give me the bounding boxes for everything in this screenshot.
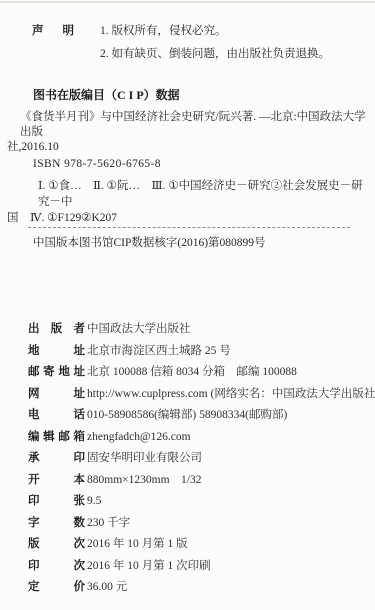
colophon-label: 网址 <box>28 387 85 401</box>
cip-classification: Ⅰ. ①食… Ⅱ. ①阮… Ⅲ. ①中国经济史－研究②社会发展史－研究－中 国 … <box>7 178 367 226</box>
colophon-value: http://www.cuplpress.com (网络实名：中国政法大学出版社… <box>87 387 375 401</box>
cip-class-line1: Ⅰ. ①食… Ⅱ. ①阮… Ⅲ. ①中国经济史－研究②社会发展史－研究－中 <box>7 178 367 210</box>
declaration-item: 1. 版权所有，侵权必究。 <box>100 24 330 38</box>
colophon-value: zhengfadch@126.com <box>87 430 191 444</box>
colophon-value: 230 千字 <box>87 516 130 530</box>
colophon-value: 固安华明印业有限公司 <box>87 451 202 465</box>
colophon-row-phone: 电话 010-58908586(编辑部) 58908334(邮购部) <box>28 408 363 422</box>
declaration-label: 声明 <box>32 24 74 70</box>
cip-heading: 图书在版编目（C I P）数据 <box>7 88 367 102</box>
dashed-separator <box>28 227 350 228</box>
colophon-label: 编辑邮箱 <box>28 430 85 444</box>
colophon-row-printing: 印次 2016 年 10 月第 1 次印刷 <box>28 559 363 573</box>
cip-entry-line2: 社,2016.10 <box>7 140 367 155</box>
cip-entry-line1: 《食货半月刊》与中国经济社会史研究/阮兴著. —北京:中国政法大学出版 <box>7 110 367 140</box>
colophon-label: 开本 <box>28 473 85 487</box>
cip-class-line2: 国 Ⅳ. ①F129②K207 <box>7 210 367 226</box>
colophon-value: 880mm×1230mm 1/32 <box>87 473 201 487</box>
colophon-label: 字数 <box>28 516 85 530</box>
colophon-row-mailing-address: 邮寄地址 北京 100088 信箱 8034 分箱 邮编 100088 <box>28 365 363 379</box>
colophon-label: 定价 <box>28 580 85 594</box>
colophon-label: 出版者 <box>28 322 85 336</box>
colophon-row-price: 定价 36.00 元 <box>28 580 363 594</box>
colophon-row-editor-email: 编辑邮箱 zhengfadch@126.com <box>28 430 363 444</box>
colophon-row-printer: 承印 固安华明印业有限公司 <box>28 451 363 465</box>
colophon-value: 北京市海淀区西土城路 25 号 <box>87 344 231 358</box>
colophon-section: 出版者 中国政法大学出版社 地址 北京市海淀区西土城路 25 号 邮寄地址 北京… <box>28 322 363 602</box>
scan-artifact-line <box>0 1 375 3</box>
colophon-value: 2016 年 10 月第 1 次印刷 <box>87 559 211 573</box>
isbn-line: ISBN 978-7-5620-6765-8 <box>7 157 367 171</box>
cip-section: 图书在版编目（C I P）数据 《食货半月刊》与中国经济社会史研究/阮兴著. —… <box>7 88 367 250</box>
colophon-label: 电话 <box>28 408 85 422</box>
colophon-label: 印次 <box>28 559 85 573</box>
cip-record-number: 中国版本图书馆CIP数据核字(2016)第080899号 <box>7 236 367 250</box>
colophon-row-word-count: 字数 230 千字 <box>28 516 363 530</box>
declaration-section: 声明 1. 版权所有，侵权必究。 2. 如有缺页、倒装问题，由出版社负责退换。 <box>32 24 361 70</box>
colophon-row-address: 地址 北京市海淀区西土城路 25 号 <box>28 344 363 358</box>
colophon-label: 承印 <box>28 451 85 465</box>
cip-entry: 《食货半月刊》与中国经济社会史研究/阮兴著. —北京:中国政法大学出版 社,20… <box>7 110 367 155</box>
colophon-label: 邮寄地址 <box>28 365 85 379</box>
colophon-value: 36.00 元 <box>87 580 127 594</box>
declaration-items: 1. 版权所有，侵权必究。 2. 如有缺页、倒装问题，由出版社负责退换。 <box>100 24 330 70</box>
colophon-value: 2016 年 10 月第 1 版 <box>87 537 188 551</box>
colophon-value: 北京 100088 信箱 8034 分箱 邮编 100088 <box>87 365 297 379</box>
declaration-item: 2. 如有缺页、倒装问题，由出版社负责退换。 <box>100 47 330 61</box>
colophon-row-website: 网址 http://www.cuplpress.com (网络实名：中国政法大学… <box>28 387 363 401</box>
colophon-row-sheets: 印张 9.5 <box>28 494 363 508</box>
colophon-row-format: 开本 880mm×1230mm 1/32 <box>28 473 363 487</box>
colophon-value: 中国政法大学出版社 <box>87 322 191 336</box>
colophon-value: 010-58908586(编辑部) 58908334(邮购部) <box>87 408 287 422</box>
colophon-row-edition: 版次 2016 年 10 月第 1 版 <box>28 537 363 551</box>
colophon-value: 9.5 <box>87 494 101 508</box>
colophon-label: 地址 <box>28 344 85 358</box>
copyright-page: 声明 1. 版权所有，侵权必究。 2. 如有缺页、倒装问题，由出版社负责退换。 … <box>0 0 375 610</box>
colophon-row-publisher: 出版者 中国政法大学出版社 <box>28 322 363 336</box>
colophon-label: 印张 <box>28 494 85 508</box>
colophon-label: 版次 <box>28 537 85 551</box>
